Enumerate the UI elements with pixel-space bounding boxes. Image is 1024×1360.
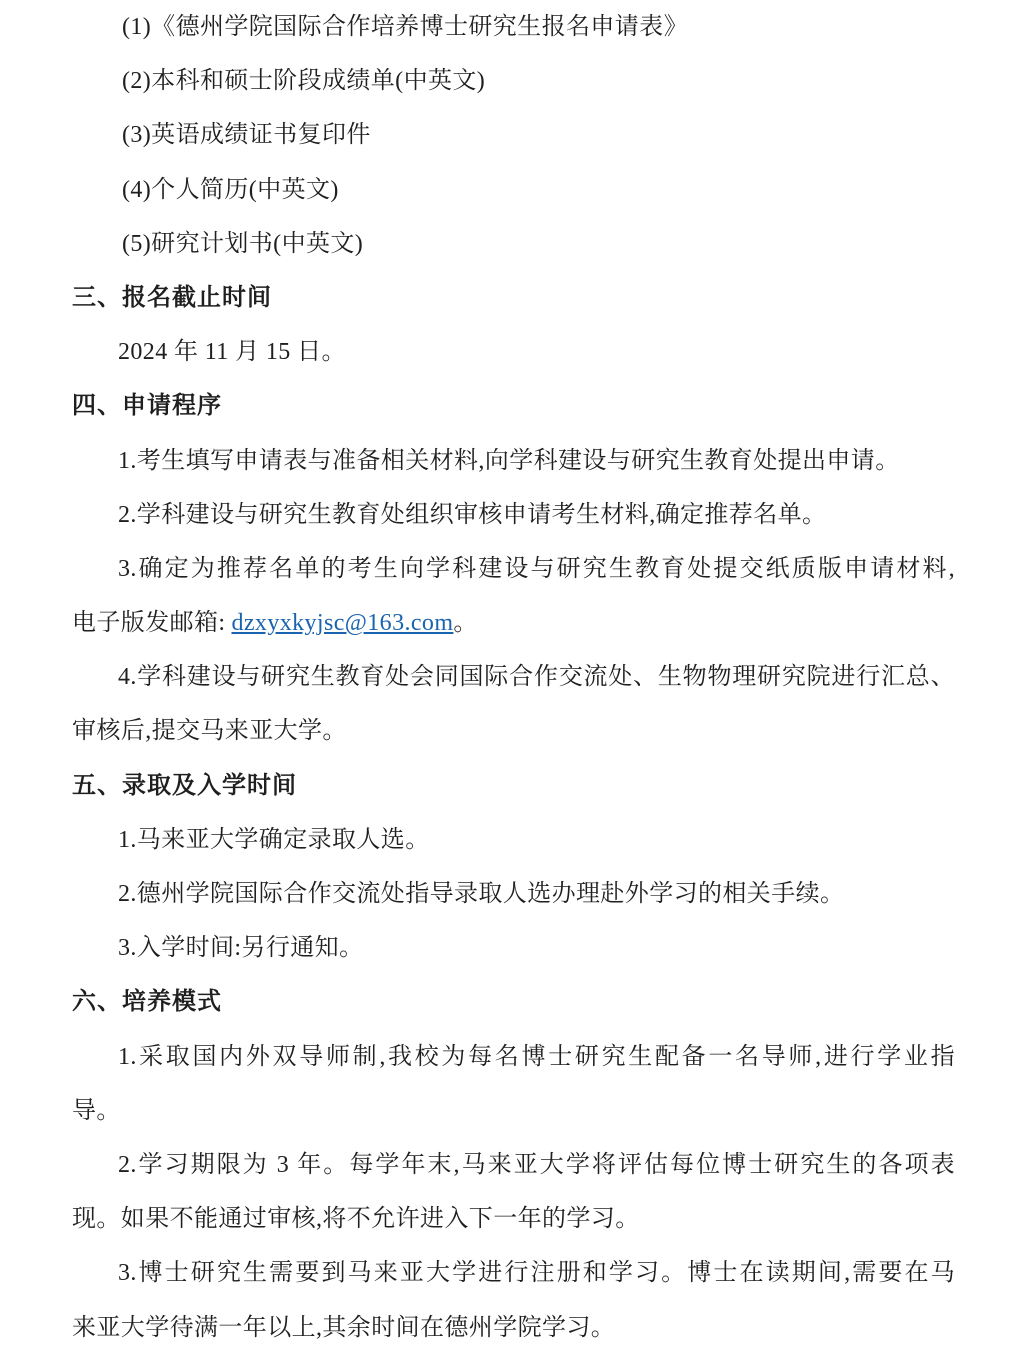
training-item-2-line-2: 现。如果不能通过审核,将不允许进入下一年的学习。 bbox=[72, 1192, 955, 1246]
procedure-section-heading: 四、申请程序 bbox=[72, 379, 955, 433]
procedure-step-1: 1.考生填写申请表与准备相关材料,向学科建设与研究生教育处提出申请。 bbox=[72, 434, 955, 488]
training-section-heading: 六、培养模式 bbox=[72, 975, 955, 1029]
training-item-1-line-2: 导。 bbox=[72, 1084, 955, 1138]
training-item-3-line-1: 3.博士研究生需要到马来亚大学进行注册和学习。博士在读期间,需要在马 bbox=[72, 1246, 955, 1300]
procedure-step-4-line-1: 4.学科建设与研究生教育处会同国际合作交流处、生物物理研究院进行汇总、 bbox=[72, 650, 955, 704]
procedure-step-3-line-2: 电子版发邮箱:dzxyxkyjsc@163.com。 bbox=[72, 596, 955, 650]
deadline-section-heading: 三、报名截止时间 bbox=[72, 271, 955, 325]
attachment-item-1: (1)《德州学院国际合作培养博士研究生报名申请表》 bbox=[72, 0, 955, 54]
email-suffix: 。 bbox=[453, 610, 477, 636]
admission-item-3: 3.入学时间:另行通知。 bbox=[72, 921, 955, 975]
procedure-step-3-line-1: 3.确定为推荐名单的考生向学科建设与研究生教育处提交纸质版申请材料, bbox=[72, 542, 955, 596]
document-page: (1)《德州学院国际合作培养博士研究生报名申请表》 (2)本科和硕士阶段成绩单(… bbox=[0, 0, 1024, 1355]
training-item-2-line-1: 2.学习期限为 3 年。每学年末,马来亚大学将评估每位博士研究生的各项表 bbox=[72, 1138, 955, 1192]
admission-item-1: 1.马来亚大学确定录取人选。 bbox=[72, 813, 955, 867]
deadline-date: 2024 年 11 月 15 日。 bbox=[72, 325, 955, 379]
training-item-3-line-2: 来亚大学待满一年以上,其余时间在德州学院学习。 bbox=[72, 1301, 955, 1355]
attachment-item-3: (3)英语成绩证书复印件 bbox=[72, 108, 955, 162]
admission-section-heading: 五、录取及入学时间 bbox=[72, 759, 955, 813]
procedure-step-2: 2.学科建设与研究生教育处组织审核申请考生材料,确定推荐名单。 bbox=[72, 488, 955, 542]
training-item-1-line-1: 1.采取国内外双导师制,我校为每名博士研究生配备一名导师,进行学业指 bbox=[72, 1030, 955, 1084]
email-prefix: 电子版发邮箱: bbox=[72, 610, 225, 636]
admission-item-2: 2.德州学院国际合作交流处指导录取人选办理赴外学习的相关手续。 bbox=[72, 867, 955, 921]
email-link[interactable]: dzxyxkyjsc@163.com bbox=[231, 610, 453, 636]
attachment-item-4: (4)个人简历(中英文) bbox=[72, 163, 955, 217]
procedure-step-4-line-2: 审核后,提交马来亚大学。 bbox=[72, 704, 955, 758]
attachment-item-5: (5)研究计划书(中英文) bbox=[72, 217, 955, 271]
attachment-item-2: (2)本科和硕士阶段成绩单(中英文) bbox=[72, 54, 955, 108]
